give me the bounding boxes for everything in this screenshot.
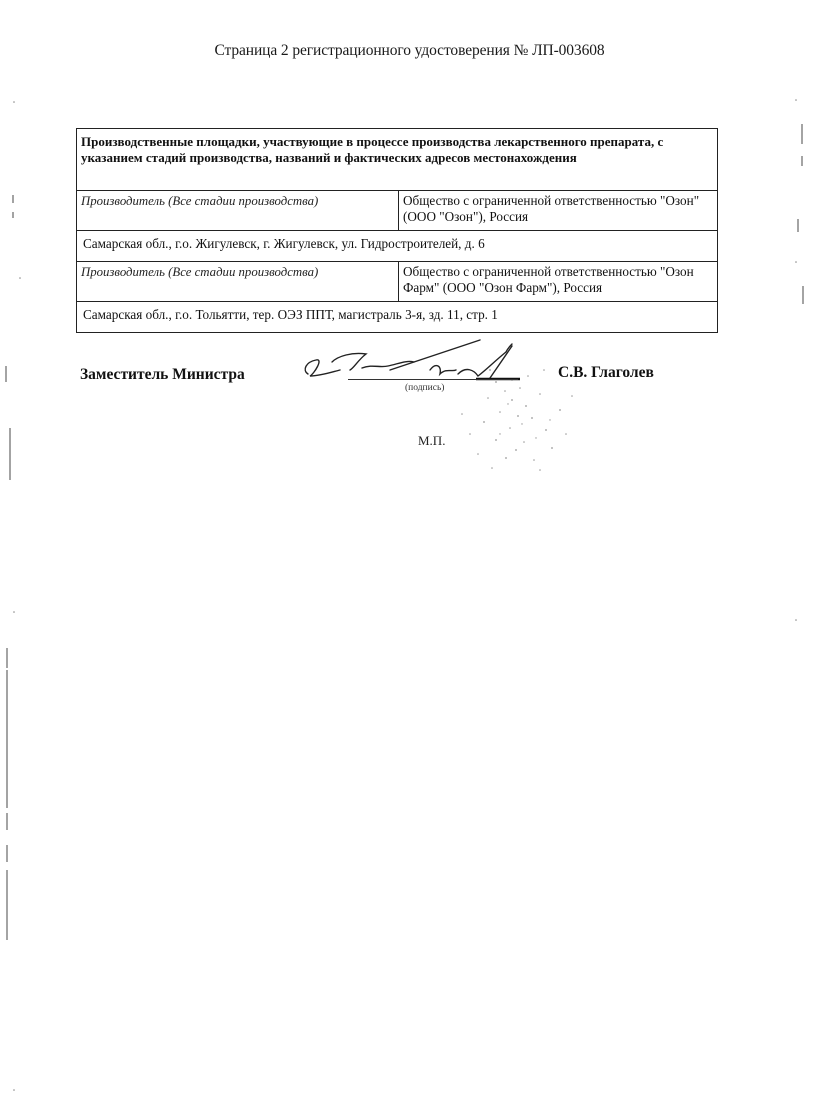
manufacturer-role: Производитель (Все стадии производства)	[77, 262, 399, 302]
signer-position: Заместитель Министра	[80, 366, 245, 384]
manufacturer-role: Производитель (Все стадии производства)	[77, 191, 399, 231]
signature-caption: (подпись)	[405, 383, 444, 393]
table-row: Самарская обл., г.о. Жигулевск, г. Жигул…	[77, 231, 718, 262]
stamp-label: М.П.	[418, 433, 445, 449]
signer-name: С.В. Глаголев	[558, 364, 654, 382]
page-title: Страница 2 регистрационного удостоверени…	[0, 42, 819, 60]
table-header: Производственные площадки, участвующие в…	[77, 129, 718, 191]
manufacturer-company: Общество с ограниченной ответственностью…	[399, 262, 718, 302]
manufacturing-sites-table: Производственные площадки, участвующие в…	[76, 128, 718, 333]
signature-line	[348, 379, 518, 380]
table-row: Самарская обл., г.о. Тольятти, тер. ОЭЗ …	[77, 302, 718, 333]
table-row: Производитель (Все стадии производства) …	[77, 262, 718, 302]
table-header-row: Производственные площадки, участвующие в…	[77, 129, 718, 191]
manufacturer-company: Общество с ограниченной ответственностью…	[399, 191, 718, 231]
table-row: Производитель (Все стадии производства) …	[77, 191, 718, 231]
manufacturer-address: Самарская обл., г.о. Тольятти, тер. ОЭЗ …	[77, 302, 718, 333]
manufacturer-address: Самарская обл., г.о. Жигулевск, г. Жигул…	[77, 231, 718, 262]
